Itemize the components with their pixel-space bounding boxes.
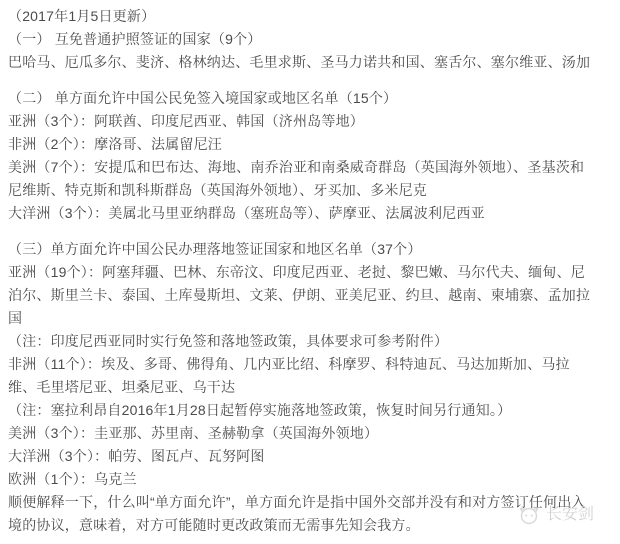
watermark-label: 长安剑 [546, 505, 594, 525]
country-list-line-asia: 亚洲（19个）：阿塞拜疆、巴林、东帝汶、印度尼西亚、老挝、黎巴嫩、马尔代夫、缅甸… [8, 261, 596, 330]
section-heading: （一） 互免普通护照签证的国家（9个） [8, 28, 596, 51]
changanjian-logo-icon [518, 504, 540, 526]
country-list-line: 巴哈马、厄瓜多尔、斐济、格林纳达、毛里求斯、圣马力诺共和国、塞舌尔、塞尔维亚、汤… [8, 51, 596, 74]
footer-note: 顺便解释一下，什么叫“单方面允许”，单方面允许是指中国外交部并没有和对方签订任何… [8, 491, 596, 537]
note-line-sierra-leone: （注：塞拉利昂自2016年1月28日起暂停实施落地签政策，恢复时间另行通知。） [8, 399, 596, 422]
section-mutual-visa-exemption: （一） 互免普通护照签证的国家（9个） 巴哈马、厄瓜多尔、斐济、格林纳达、毛里求… [8, 28, 596, 74]
section-heading: （三）单方面允许中国公民办理落地签证国家和地区名单（37个） [8, 238, 596, 261]
section-visa-on-arrival: （三）单方面允许中国公民办理落地签证国家和地区名单（37个） 亚洲（19个）：阿… [8, 238, 596, 491]
country-list-line-africa: 非洲（2个）：摩洛哥、法属留尼汪 [8, 133, 596, 156]
country-list-line-americas: 美洲（3个）：圭亚那、苏里南、圣赫勒拿（英国海外领地） [8, 422, 596, 445]
country-list-line-oceania: 大洋洲（3个）：美属北马里亚纳群岛（塞班岛等）、萨摩亚、法属波利尼西亚 [8, 202, 596, 225]
country-list-line-oceania: 大洋洲（3个）：帕劳、图瓦卢、瓦努阿图 [8, 445, 596, 468]
country-list-line-americas: 美洲（7个）：安提瓜和巴布达、海地、南乔治亚和南桑威奇群岛（英国海外领地）、圣基… [8, 156, 596, 202]
country-list-line-asia: 亚洲（3个）：阿联酋、印度尼西亚、韩国（济州岛等地） [8, 110, 596, 133]
section-unilateral-visa-free: （二） 单方面允许中国公民免签入境国家或地区名单（15个） 亚洲（3个）：阿联酋… [8, 87, 596, 225]
country-list-line-africa: 非洲（11个）：埃及、多哥、佛得角、几内亚比绍、科摩罗、科特迪瓦、马达加斯加、马… [8, 353, 596, 399]
section-heading: （二） 单方面允许中国公民免签入境国家或地区名单（15个） [8, 87, 596, 110]
update-note: （2017年1月5日更新） [8, 5, 596, 28]
country-list-line-europe: 欧洲（1个）：乌克兰 [8, 468, 596, 491]
watermark: 长安剑 [518, 504, 594, 526]
article-body: （2017年1月5日更新） （一） 互免普通护照签证的国家（9个） 巴哈马、厄瓜… [0, 0, 620, 537]
note-line-indonesia: （注：印度尼西亚同时实行免签和落地签政策，具体要求可参考附件） [8, 330, 596, 353]
